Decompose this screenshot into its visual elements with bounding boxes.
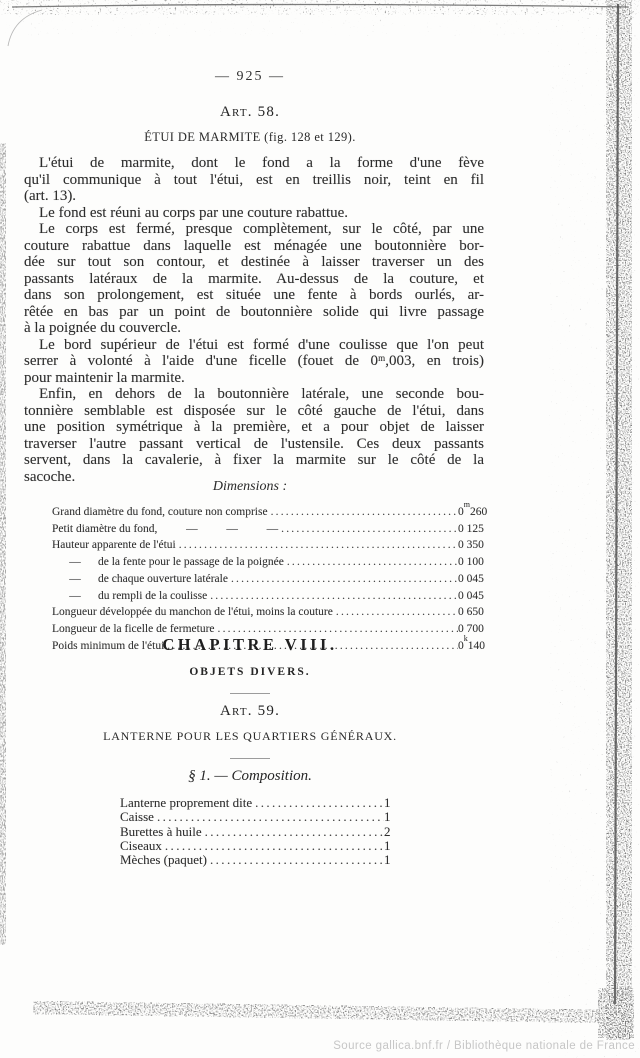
leader-dots: ........................................… [278,523,458,536]
dimension-row: Longueur de la ficelle de fermeture.....… [52,619,492,636]
composition-row: Burettes à huile........................… [120,825,398,839]
article-59-subheading: LANTERNE POUR LES QUARTIERS GÉNÉRAUX. [20,729,480,744]
dimension-row: Longueur développée du manchon de l'étui… [52,602,492,619]
dimension-row: Grand diamètre du fond, couture non comp… [52,502,492,519]
dimension-row: — de chaque ouverture latérale..........… [52,569,492,586]
dimension-row: — du rempli de la coulisse..............… [52,586,492,603]
composition-qty: 1 [384,853,398,867]
scanned-book-page: — 925 — Art. 58. ÉTUI DE MARMITE (fig. 1… [0,0,640,1058]
article-58-subheading: ÉTUI DE MARMITE (fig. 128 et 129). [20,130,480,145]
dimension-row: — de la fente pour le passage de la poig… [52,552,492,569]
page-number: — 925 — [20,69,480,85]
top-page-edge-line [12,5,628,8]
gallica-source-watermark: Source gallica.bnf.fr / Bibliothèque nat… [333,1040,635,1052]
dimension-row: Hauteur apparente de l'étui.............… [52,535,492,552]
composition-row: Caisse..................................… [120,810,398,824]
composition-qty: 2 [384,825,398,839]
composition-list: Lanterne proprement dite................… [120,796,398,867]
leader-dots: ........................................… [176,539,458,552]
paragraph: Le fond est réuni au corps par une coutu… [24,205,484,222]
composition-qty: 1 [384,796,398,810]
left-margin-stamp-strip [0,143,6,945]
paragraph: Le corps est fermé, presque complètement… [24,221,484,337]
dimension-value: 0 125 [458,519,492,536]
dimension-row: Petit diamètre du fond, — — —...........… [52,519,492,536]
right-edge-noise-column [606,0,632,1040]
chapter-8-subtitle: OBJETS DIVERS. [20,666,480,678]
top-edge-noise [0,0,640,15]
top-left-corner-curve [8,10,42,46]
section-divider [230,693,270,694]
leader-dots: ........................................… [252,796,384,810]
paragraph: Le bord supérieur de l'étui est formé d'… [24,337,484,387]
top-edge-noise-fade [0,0,640,36]
composition-qty: 1 [384,810,398,824]
paragraph: Enfin, en dehors de la boutonnière latér… [24,386,484,485]
leader-dots: ........................................… [228,573,458,586]
leader-dots: ........................................… [154,810,384,824]
section-divider [230,758,270,759]
leader-dots: ........................................… [202,825,384,839]
leader-dots: ........................................… [207,590,458,603]
bottom-scan-band [34,1001,600,1023]
leader-dots: ........................................… [215,623,458,636]
article-59-heading: Art. 59. [20,703,480,720]
leader-dots: ........................................… [284,556,458,569]
leader-dots: ........................................… [268,506,458,519]
right-margin-noise [548,0,640,1058]
article-58-heading: Art. 58. [20,104,480,121]
article-58-body-text: L'étui de marmite, dont le fond a la for… [24,155,484,485]
composition-qty: 1 [384,839,398,853]
paragraph: L'étui de marmite, dont le fond a la for… [24,155,484,205]
dimension-value: 0 350 [458,535,492,552]
dimension-value: 0 650 [458,602,492,619]
right-page-edge-line [615,4,618,1004]
dimension-value: 0 100 [458,552,492,569]
dimensions-table: Grand diamètre du fond, couture non comp… [52,502,492,653]
leader-dots: ........................................… [162,839,384,853]
composition-row: Mèches (paquet).........................… [120,853,398,867]
dimension-value: 0 045 [458,586,492,603]
composition-row: Lanterne proprement dite................… [120,796,398,810]
chapter-8-title: CHAPITRE VIII. [20,635,480,655]
leader-dots: ........................................… [207,853,384,867]
dimension-value: 0m260 [458,502,492,519]
section-1-heading: § 1. — Composition. [20,768,480,785]
composition-row: Ciseaux.................................… [120,839,398,853]
leader-dots: ........................................… [333,606,458,619]
bottom-right-corner-blob [598,988,634,1038]
dimension-value: 0 045 [458,569,492,586]
dimensions-heading: Dimensions : [20,479,480,495]
